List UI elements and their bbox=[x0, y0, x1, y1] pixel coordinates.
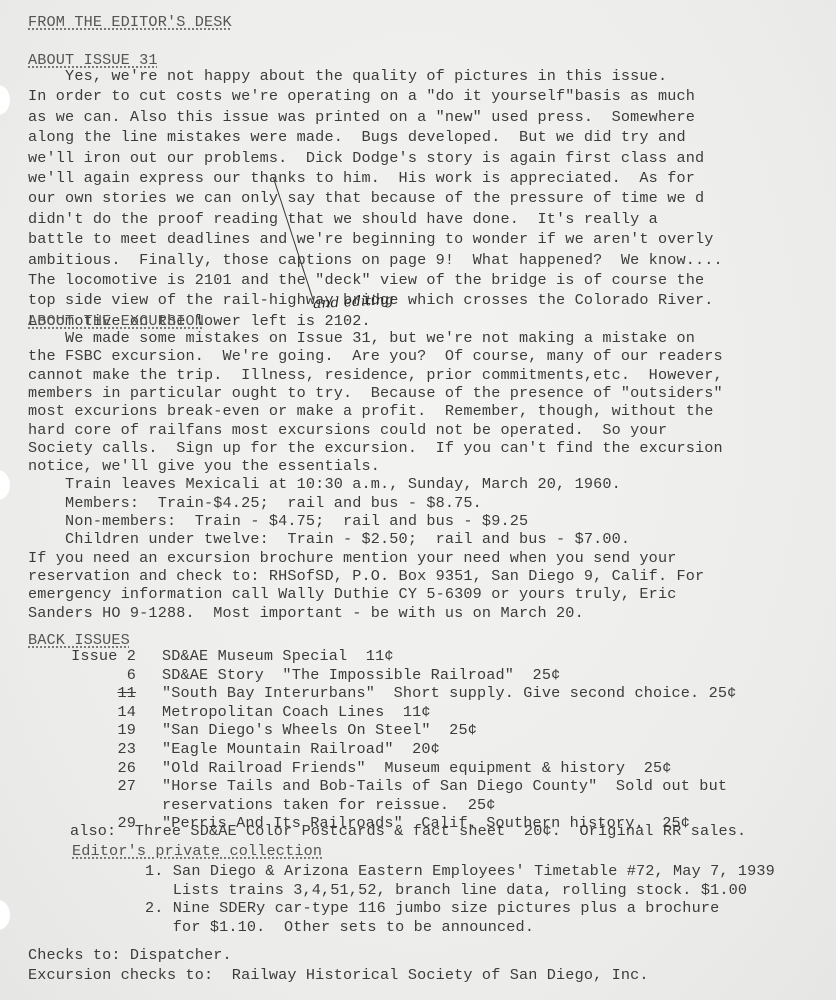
text-line: Train leaves Mexicali at 10:30 a.m., Sun… bbox=[28, 474, 621, 494]
punch-hole bbox=[0, 85, 10, 115]
text-line: battle to meet deadlines and we're begin… bbox=[28, 229, 714, 249]
text-line: along the line mistakes were made. Bugs … bbox=[28, 127, 686, 147]
text-line: most excurions break-even or make a prof… bbox=[28, 401, 714, 421]
back-issue-item: SD&AE Museum Special 11¢ bbox=[162, 646, 394, 666]
text-line: as we can. Also this issue was printed o… bbox=[28, 107, 695, 127]
text-line: reservation and check to: RHSofSD, P.O. … bbox=[28, 566, 704, 586]
back-issue-number: Issue 2 bbox=[0, 646, 136, 666]
private-collection-heading: Editor's private collection bbox=[72, 841, 322, 861]
back-issue-number: 27 bbox=[0, 776, 136, 796]
back-issue-number: 26 bbox=[0, 758, 136, 778]
back-issue-item: "South Bay Interurbans" Short supply. Gi… bbox=[162, 683, 736, 703]
back-issue-number: 19 bbox=[0, 720, 136, 740]
back-issue-number: 11 bbox=[0, 683, 136, 703]
back-issue-item: "San Diego's Wheels On Steel" 25¢ bbox=[162, 720, 477, 740]
back-issue-item: Metropolitan Coach Lines 11¢ bbox=[162, 702, 431, 722]
back-issue-number: 23 bbox=[0, 739, 136, 759]
text-line: didn't do the proof reading that we shou… bbox=[28, 209, 658, 229]
punch-hole bbox=[0, 900, 10, 930]
back-issue-item: "Horse Tails and Bob-Tails of San Diego … bbox=[162, 776, 727, 796]
private-collection-item: Lists trains 3,4,51,52, branch line data… bbox=[145, 880, 747, 900]
text-line: Society calls. Sign up for the excursion… bbox=[28, 438, 723, 458]
text-line: ambitious. Finally, those captions on pa… bbox=[28, 250, 723, 270]
text-line: we'll again express our thanks to him. H… bbox=[28, 168, 695, 188]
private-collection-item: for $1.10. Other sets to be announced. bbox=[145, 917, 534, 937]
text-line: cannot make the trip. Illness, residence… bbox=[28, 365, 723, 385]
excursion-checks-line: Excursion checks to: Railway Historical … bbox=[28, 965, 649, 985]
text-line: we'll iron out our problems. Dick Dodge'… bbox=[28, 148, 704, 168]
text-line: In order to cut costs we're operating on… bbox=[28, 86, 695, 106]
text-line: We made some mistakes on Issue 31, but w… bbox=[28, 328, 695, 348]
text-line: Yes, we're not happy about the quality o… bbox=[28, 66, 667, 86]
back-issue-item: reservations taken for reissue. 25¢ bbox=[162, 795, 496, 815]
text-line: Members: Train-$4.25; rail and bus - $8.… bbox=[28, 493, 482, 513]
private-collection-item: 2. Nine SDERy car-type 116 jumbo size pi… bbox=[145, 898, 719, 918]
back-issue-item: SD&AE Story "The Impossible Railroad" 25… bbox=[162, 665, 560, 685]
text-line: notice, we'll give you the essentials. bbox=[28, 456, 380, 476]
back-issue-number: 6 bbox=[0, 665, 136, 685]
back-issue-number: 14 bbox=[0, 702, 136, 722]
text-line: the FSBC excursion. We're going. Are you… bbox=[28, 346, 723, 366]
back-issue-item: "Eagle Mountain Railroad" 20¢ bbox=[162, 739, 440, 759]
text-line: The locomotive is 2101 and the "deck" vi… bbox=[28, 270, 704, 290]
text-line: If you need an excursion brochure mentio… bbox=[28, 548, 676, 568]
text-line: our own stories we can only say that bec… bbox=[28, 188, 704, 208]
back-issue-item: "Old Railroad Friends" Museum equipment … bbox=[162, 758, 672, 778]
punch-hole bbox=[0, 470, 10, 500]
typewritten-page: FROM THE EDITOR'S DESK ABOUT ISSUE 31 Ye… bbox=[0, 0, 836, 1000]
page-title: FROM THE EDITOR'S DESK bbox=[28, 12, 232, 32]
also-line: also: Three SD&AE Color Postcards & fact… bbox=[70, 821, 746, 841]
text-line: emergency information call Wally Duthie … bbox=[28, 584, 676, 604]
text-line: Children under twelve: Train - $2.50; ra… bbox=[28, 529, 630, 549]
private-collection-item: 1. San Diego & Arizona Eastern Employees… bbox=[145, 861, 775, 881]
text-line: members in particular ought to try. Beca… bbox=[28, 383, 723, 403]
text-line: Sanders HO 9-1288. Most important - be w… bbox=[28, 603, 584, 623]
text-line: Non-members: Train - $4.75; rail and bus… bbox=[28, 511, 528, 531]
checks-line: Checks to: Dispatcher. bbox=[28, 945, 232, 965]
text-line: hard core of railfans most excursions co… bbox=[28, 420, 667, 440]
